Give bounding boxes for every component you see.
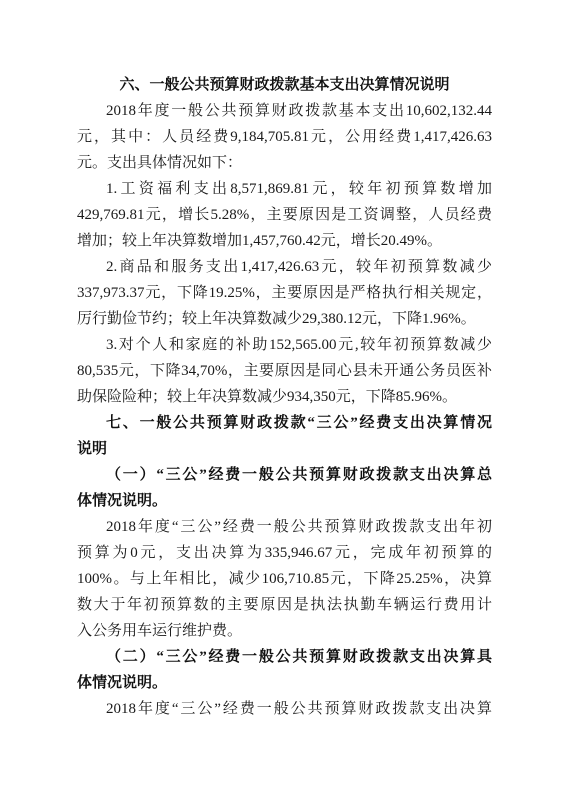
doc-text-line: 2018年度一般公共预算财政拨款基本支出10,602,132.44 xyxy=(77,98,492,124)
doc-text-line: 2018年度“三公”经费一般公共预算财政拨款支出年初 xyxy=(77,514,492,540)
doc-text-line: 增加；较上年决算数增加1,457,760.42元，增长20.49%。 xyxy=(77,228,492,254)
doc-heading-line: 说明 xyxy=(77,436,492,462)
doc-text-line: 2018年度“三公”经费一般公共预算财政拨款支出决算 xyxy=(77,696,492,722)
doc-text-line: 2.商品和服务支出1,417,426.63元，较年初预算数减少 xyxy=(77,254,492,280)
doc-text-line: 元。支出具体情况如下： xyxy=(77,150,492,176)
doc-text-line: 337,973.37元，下降19.25%，主要原因是严格执行相关规定， xyxy=(77,280,492,306)
doc-text-line: 预算为0元，支出决算为335,946.67元，完成年初预算的 xyxy=(77,540,492,566)
doc-text-line: 助保险险种；较上年决算数减少934,350元，下降85.96%。 xyxy=(77,384,492,410)
doc-text-line: 入公务用车运行维护费。 xyxy=(77,618,492,644)
doc-heading-line: 七、一般公共预算财政拨款“三公”经费支出决算情况 xyxy=(77,410,492,436)
doc-heading-line: 体情况说明。 xyxy=(77,670,492,696)
document-body: 六、一般公共预算财政拨款基本支出决算情况说明2018年度一般公共预算财政拨款基本… xyxy=(77,72,492,722)
doc-text-line: 3.对个人和家庭的补助152,565.00元,较年初预算数减少 xyxy=(77,332,492,358)
doc-text-line: 1.工资福利支出8,571,869.81元，较年初预算数增加 xyxy=(77,176,492,202)
doc-heading-line: （一）“三公”经费一般公共预算财政拨款支出决算总 xyxy=(77,462,492,488)
doc-text-line: 元，其中：人员经费9,184,705.81元，公用经费1,417,426.63 xyxy=(77,124,492,150)
doc-heading-line: 体情况说明。 xyxy=(77,488,492,514)
doc-text-line: 100%。与上年相比，减少106,710.85元，下降25.25%，决算 xyxy=(77,566,492,592)
doc-text-line: 数大于年初预算数的主要原因是执法执勤车辆运行费用计 xyxy=(77,592,492,618)
document-page: 六、一般公共预算财政拨款基本支出决算情况说明2018年度一般公共预算财政拨款基本… xyxy=(0,0,565,800)
doc-heading-line: 六、一般公共预算财政拨款基本支出决算情况说明 xyxy=(77,72,492,98)
doc-text-line: 80,535元，下降34,70%，主要原因是同心县未开通公务员医补 xyxy=(77,358,492,384)
doc-text-line: 厉行勤俭节约；较上年决算数减少29,380.12元，下降1.96%。 xyxy=(77,306,492,332)
doc-heading-line: （二）“三公”经费一般公共预算财政拨款支出决算具 xyxy=(77,644,492,670)
doc-text-line: 429,769.81元，增长5.28%，主要原因是工资调整，人员经费 xyxy=(77,202,492,228)
